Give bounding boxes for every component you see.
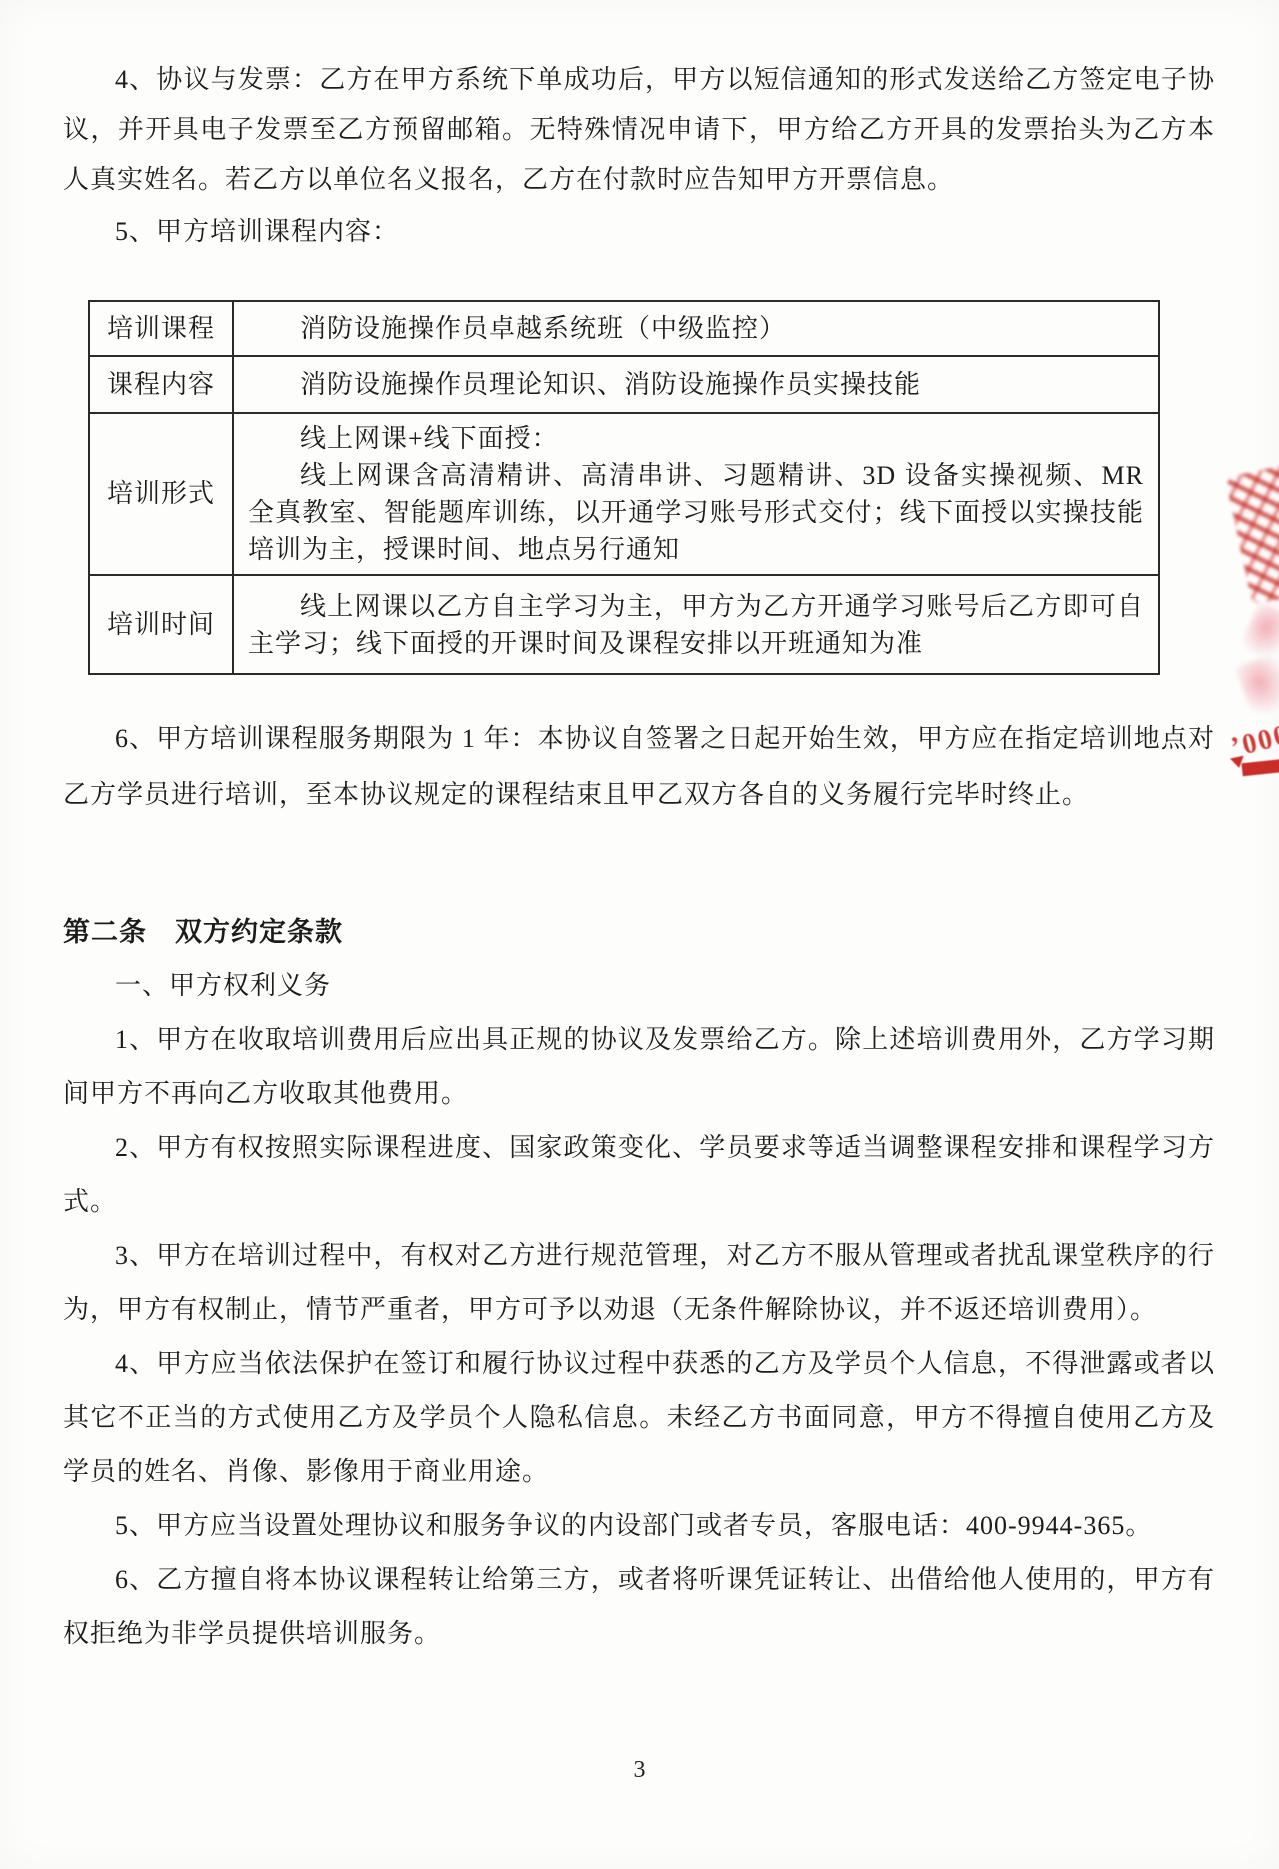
training-course-table: 培训课程 消防设施操作员卓越系统班（中级监控） 课程内容 消防设施操作员理论知识…	[88, 300, 1160, 675]
table-row-course: 培训课程 消防设施操作员卓越系统班（中级监控）	[89, 301, 1159, 356]
row-label-content: 课程内容	[89, 356, 233, 413]
document-page: 4、协议与发票：乙方在甲方系统下单成功后，甲方以短信通知的形式发送给乙方签定电子…	[0, 0, 1279, 1869]
clause-5-heading: 5、甲方培训课程内容：	[63, 207, 1215, 257]
article-2-subheading: 一、甲方权利义务	[63, 959, 1215, 1013]
clause-6-term-paragraph: 6、甲方培训课程服务期限为 1 年：本协议自签署之日起开始生效，甲方应在指定培训…	[63, 711, 1215, 823]
red-seal-fragment-icon	[1225, 461, 1279, 605]
page-content: 4、协议与发票：乙方在甲方系统下单成功后，甲方以短信通知的形式发送给乙方签定电子…	[63, 0, 1215, 1661]
row-label-course: 培训课程	[89, 301, 233, 356]
row-value-format: 线上网课+线下面授： 线上网课含高清精讲、高清串讲、习题精讲、3D 设备实操视频…	[233, 413, 1159, 575]
article-2-heading: 第二条 双方约定条款	[63, 905, 1215, 959]
article-2-item-6: 6、乙方擅自将本协议课程转让给第三方，或者将听课凭证转让、出借给他人使用的，甲方…	[63, 1553, 1215, 1661]
cell-text: 消防设施操作员理论知识、消防设施操作员实操技能	[248, 366, 1144, 403]
article-2-item-5: 5、甲方应当设置处理协议和服务争议的内设部门或者专员，客服电话：400-9944…	[63, 1499, 1215, 1553]
cell-text: 线上网课以乙方自主学习为主，甲方为乙方开通学习账号后乙方即可自主学习；线下面授的…	[248, 588, 1144, 662]
table-row-schedule: 培训时间 线上网课以乙方自主学习为主，甲方为乙方开通学习账号后乙方即可自主学习；…	[89, 575, 1159, 674]
row-value-course: 消防设施操作员卓越系统班（中级监控）	[233, 301, 1159, 356]
row-label-format: 培训形式	[89, 413, 233, 575]
row-value-content: 消防设施操作员理论知识、消防设施操作员实操技能	[233, 356, 1159, 413]
article-2-item-2: 2、甲方有权按照实际课程进度、国家政策变化、学员要求等适当调整课程安排和课程学习…	[63, 1121, 1215, 1229]
row-label-schedule: 培训时间	[89, 575, 233, 674]
row-value-schedule: 线上网课以乙方自主学习为主，甲方为乙方开通学习账号后乙方即可自主学习；线下面授的…	[233, 575, 1159, 674]
cell-text: 线上网课含高清精讲、高清串讲、习题精讲、3D 设备实操视频、MR 全真教室、智能…	[248, 457, 1144, 568]
article-2-item-3: 3、甲方在培训过程中，有权对乙方进行规范管理，对乙方不服从管理或者扰乱课堂秩序的…	[63, 1229, 1215, 1337]
article-2-item-4: 4、甲方应当依法保护在签订和履行协议过程中获悉的乙方及学员个人信息，不得泄露或者…	[63, 1337, 1215, 1499]
article-2-item-1: 1、甲方在收取培训费用后应出具正规的协议及发票给乙方。除上述培训费用外，乙方学习…	[63, 1013, 1215, 1121]
cell-text: 消防设施操作员卓越系统班（中级监控）	[248, 310, 1144, 347]
table-row-content: 课程内容 消防设施操作员理论知识、消防设施操作员实操技能	[89, 356, 1159, 413]
table-row-format: 培训形式 线上网课+线下面授： 线上网课含高清精讲、高清串讲、习题精讲、3D 设…	[89, 413, 1159, 575]
clause-4-invoice-paragraph: 4、协议与发票：乙方在甲方系统下单成功后，甲方以短信通知的形式发送给乙方签定电子…	[63, 55, 1215, 205]
cell-text: 线上网课+线下面授：	[248, 420, 1144, 457]
red-seal-petal-icon	[1235, 652, 1279, 720]
page-number: 3	[0, 1757, 1279, 1784]
